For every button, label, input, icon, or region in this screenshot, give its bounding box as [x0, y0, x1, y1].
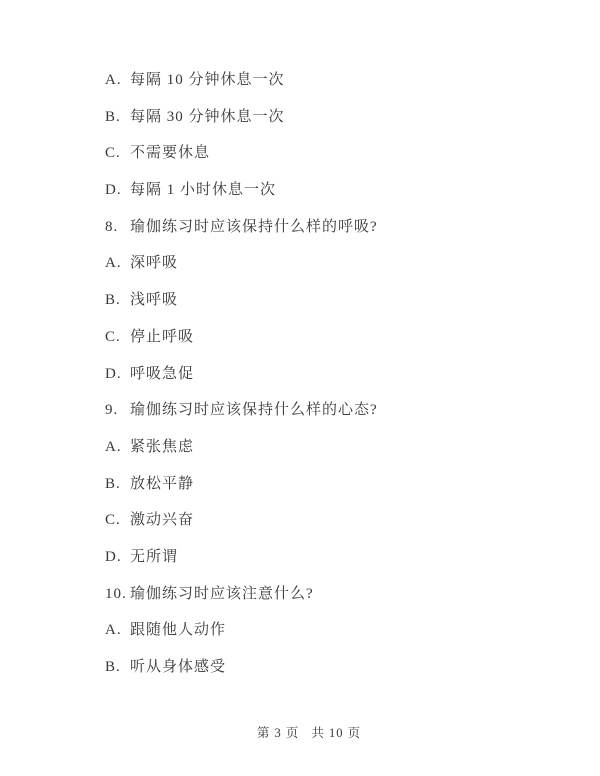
question-line: 8. 瑜伽练习时应该保持什么样的呼吸?	[105, 209, 570, 246]
option-text: 呼吸急促	[130, 356, 194, 393]
question-line: 10. 瑜伽练习时应该注意什么?	[105, 576, 570, 613]
option-text: 每隔 1 小时休息一次	[130, 172, 276, 209]
page-total-label: 共 10 页	[311, 726, 361, 740]
option-line: C. 不需要休息	[105, 135, 570, 172]
option-text: 紧张焦虑	[130, 429, 194, 466]
option-letter: D.	[105, 539, 130, 576]
option-letter: A.	[105, 62, 130, 99]
option-text: 听从身体感受	[130, 649, 226, 686]
question-number: 8.	[105, 209, 130, 246]
option-text: 每隔 30 分钟休息一次	[130, 99, 285, 136]
option-text: 每隔 10 分钟休息一次	[130, 62, 285, 99]
option-letter: A.	[105, 429, 130, 466]
option-text: 停止呼吸	[130, 319, 194, 356]
question-text: 瑜伽练习时应该保持什么样的心态?	[130, 392, 378, 429]
option-line: B. 每隔 30 分钟休息一次	[105, 99, 570, 136]
option-text: 跟随他人动作	[130, 612, 226, 649]
question-number: 9.	[105, 392, 130, 429]
option-letter: B.	[105, 282, 130, 319]
question-list: A. 每隔 10 分钟休息一次 B. 每隔 30 分钟休息一次 C. 不需要休息…	[105, 62, 570, 686]
option-text: 深呼吸	[130, 245, 178, 282]
option-letter: B.	[105, 466, 130, 503]
option-letter: D.	[105, 356, 130, 393]
option-letter: C.	[105, 502, 130, 539]
question-text: 瑜伽练习时应该注意什么?	[130, 576, 314, 613]
document-page: A. 每隔 10 分钟休息一次 B. 每隔 30 分钟休息一次 C. 不需要休息…	[0, 0, 600, 776]
option-line: A. 深呼吸	[105, 245, 570, 282]
option-text: 浅呼吸	[130, 282, 178, 319]
option-line: D. 每隔 1 小时休息一次	[105, 172, 570, 209]
option-text: 无所谓	[130, 539, 178, 576]
option-text: 不需要休息	[130, 135, 210, 172]
option-letter: A.	[105, 612, 130, 649]
option-letter: C.	[105, 135, 130, 172]
question-line: 9. 瑜伽练习时应该保持什么样的心态?	[105, 392, 570, 429]
option-letter: A.	[105, 245, 130, 282]
option-line: C. 激动兴奋	[105, 502, 570, 539]
option-line: A. 每隔 10 分钟休息一次	[105, 62, 570, 99]
option-letter: B.	[105, 99, 130, 136]
option-line: B. 放松平静	[105, 466, 570, 503]
option-text: 放松平静	[130, 466, 194, 503]
page-footer: 第 3 页 共 10 页	[105, 726, 513, 740]
option-line: A. 紧张焦虑	[105, 429, 570, 466]
page-number-label: 第 3 页	[257, 726, 300, 740]
option-letter: C.	[105, 319, 130, 356]
option-line: C. 停止呼吸	[105, 319, 570, 356]
option-line: B. 浅呼吸	[105, 282, 570, 319]
option-line: D. 呼吸急促	[105, 356, 570, 393]
option-line: D. 无所谓	[105, 539, 570, 576]
option-line: B. 听从身体感受	[105, 649, 570, 686]
option-line: A. 跟随他人动作	[105, 612, 570, 649]
option-letter: D.	[105, 172, 130, 209]
question-text: 瑜伽练习时应该保持什么样的呼吸?	[130, 209, 378, 246]
question-number: 10.	[105, 576, 130, 613]
option-letter: B.	[105, 649, 130, 686]
option-text: 激动兴奋	[130, 502, 194, 539]
